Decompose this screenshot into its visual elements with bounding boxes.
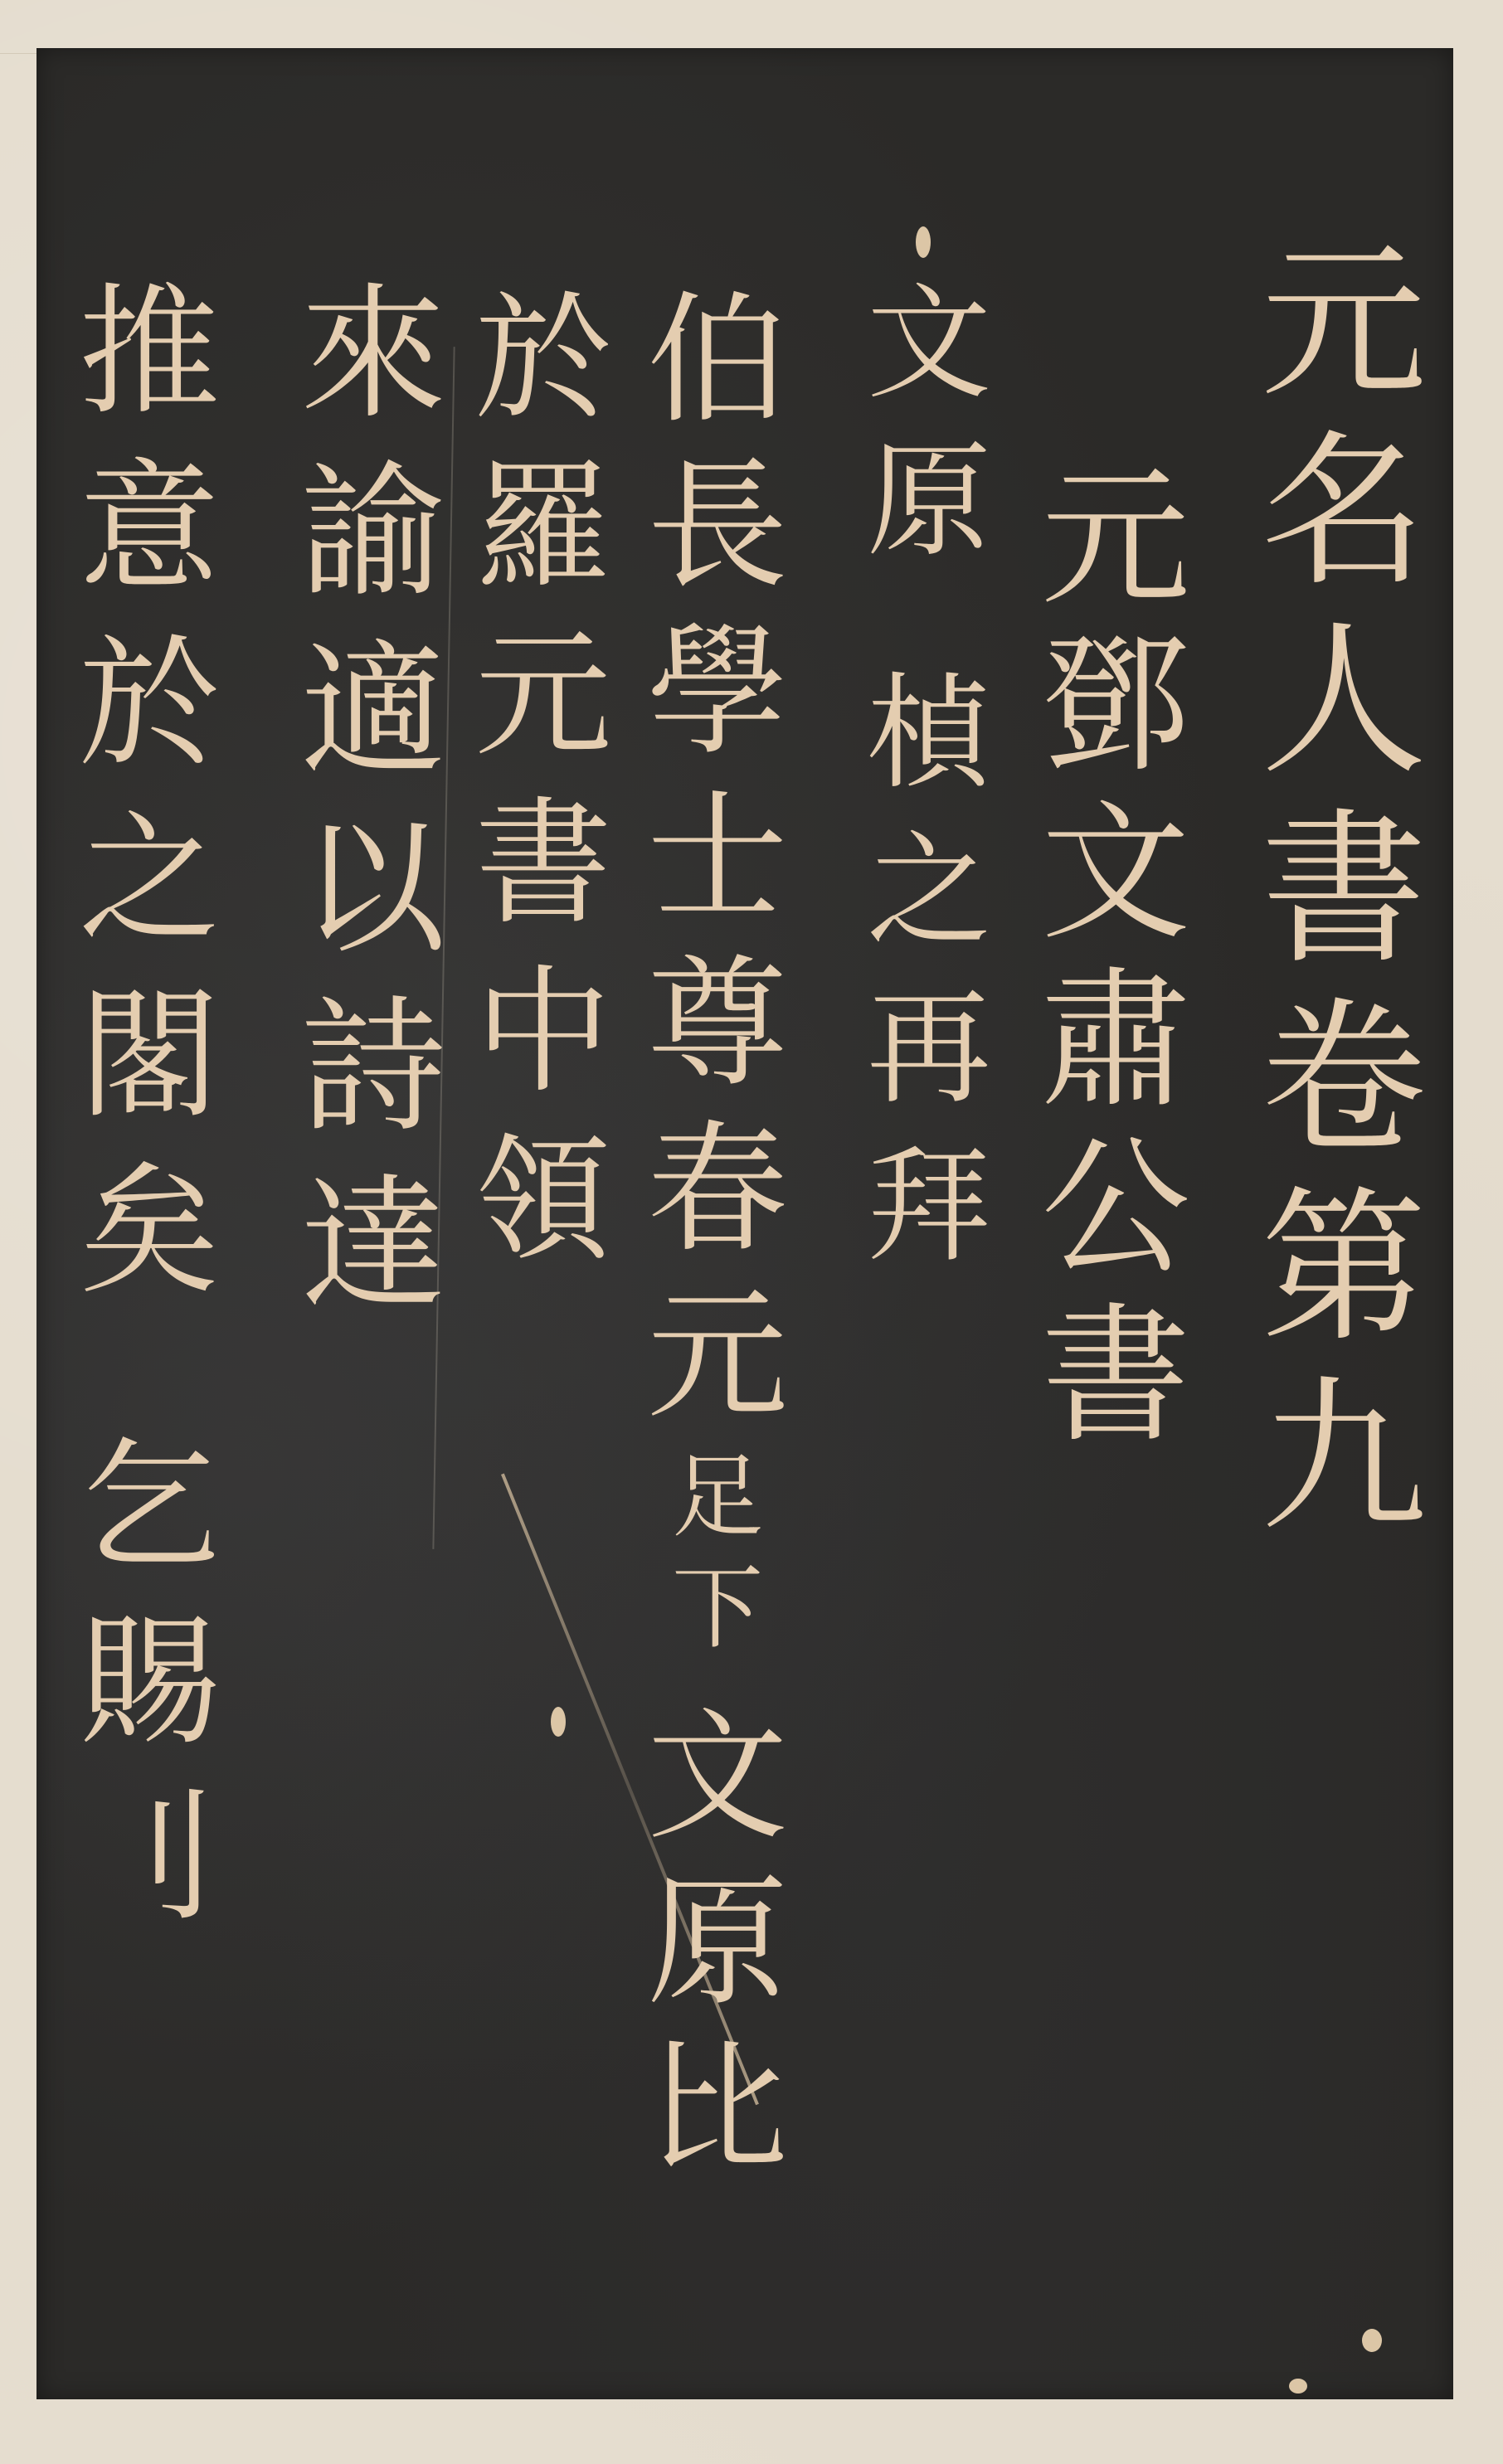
glyph: 鄧	[1041, 632, 1190, 781]
glyph: 書	[1041, 1302, 1190, 1451]
glyph: 乞	[79, 1436, 220, 1577]
glyph: 書	[1261, 808, 1427, 974]
glyph: 羅	[475, 459, 612, 595]
column-letter-1: 文 原 楨 之 再 拜	[846, 282, 1012, 1302]
glyph: 達	[301, 1174, 446, 1319]
glyph: 書	[475, 795, 612, 932]
column-author: 元 鄧 文 肅 公 書	[1020, 464, 1211, 1470]
glyph: 公	[1041, 1135, 1190, 1284]
glyph: 長	[647, 456, 788, 597]
glyph: 以	[301, 817, 446, 962]
column-title: 元 名 人 書 卷 第 九	[1236, 241, 1452, 1564]
glyph: 士	[647, 788, 788, 929]
column-letter-3: 於 羅 元 書 中 領	[452, 290, 635, 1300]
glyph: 閣	[79, 985, 220, 1126]
glyph: 卷	[1261, 997, 1427, 1163]
ink-speck	[1362, 2329, 1382, 2352]
glyph: 矣	[79, 1161, 220, 1302]
glyph: 中	[475, 964, 612, 1101]
glyph: 意	[79, 458, 220, 599]
glyph: 之	[867, 829, 991, 954]
glyph: 楨	[867, 672, 991, 796]
glyph: 第	[1261, 1186, 1427, 1352]
glyph: 領	[475, 1132, 612, 1269]
glyph: 再	[867, 987, 991, 1111]
glyph: 人	[1261, 619, 1427, 785]
glyph: 適	[301, 639, 446, 784]
glyph: 名	[1261, 430, 1427, 595]
glyph: 尊	[647, 954, 788, 1095]
glyph: 學	[647, 622, 788, 763]
column-letter-2: 伯 長 學 士 尊 春 元 足 下 文 原 比	[622, 290, 813, 2204]
glyph: 春	[647, 1120, 788, 1261]
column-letter-4: 來 諭 適 以 詩 達	[274, 282, 473, 1352]
glyph: 諭	[301, 460, 446, 605]
column-letter-5: 推 意 於 之 閣 矣 乞 賜 刂	[50, 282, 249, 1964]
glyph: 於	[79, 634, 220, 775]
glyph: 於	[475, 290, 612, 427]
glyph: 之	[79, 809, 220, 950]
glyph: 元	[1261, 241, 1427, 406]
glyph: 原	[647, 1873, 788, 2014]
glyph: 元	[475, 627, 612, 764]
ink-speck	[1289, 2379, 1307, 2394]
glyph: 肅	[1041, 967, 1190, 1116]
glyph: 文	[867, 282, 991, 406]
ink-speck	[551, 1707, 566, 1737]
glyph: 原	[867, 440, 991, 564]
glyph: 元	[647, 1285, 788, 1426]
glyph: 九	[1261, 1375, 1427, 1541]
ink-speck	[916, 226, 931, 258]
glyph: 拜	[867, 1145, 991, 1269]
glyph: 文	[1041, 799, 1190, 949]
glyph: 刂	[79, 1788, 220, 1929]
glyph-small: 足	[672, 1451, 763, 1543]
glyph: 詩	[301, 995, 446, 1140]
glyph: 來	[301, 282, 446, 427]
glyph: 比	[647, 2039, 788, 2180]
glyph: 伯	[647, 290, 788, 431]
glyph-small: 下	[672, 1562, 763, 1654]
glyph: 推	[79, 282, 220, 423]
glyph: 文	[647, 1707, 788, 1848]
glyph: 元	[1041, 464, 1190, 614]
glyph: 賜	[79, 1612, 220, 1753]
